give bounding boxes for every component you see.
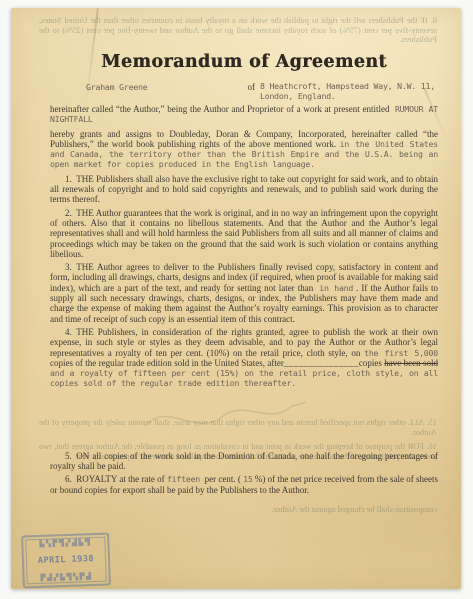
received-stamp: ▙▚▛▜▞▟▙▜ APRIL 1938 ▛▟▞▙▜▚▛▟ (21, 532, 111, 588)
print-text-segment: per cent. ( (200, 474, 243, 484)
contract-text: Memorandum of Agreement Graham Greene of… (50, 52, 438, 498)
typed-text-segment: and a royalty of fifteen per cent (15%) … (50, 368, 438, 388)
author-name: Graham Greene (86, 82, 147, 92)
intro-paragraph-1: hereinafter called “the Author,” being t… (50, 104, 438, 125)
clause-1: 1. THE Publishers shall also have the ex… (50, 174, 438, 205)
blank-text-segment: _______________ (284, 358, 359, 368)
intro-paragraph-2: hereby grants and assigns to Doubleday, … (50, 129, 438, 170)
paragraphs: hereinafter called “the Author,” being t… (50, 104, 438, 495)
print-text-segment: 6. ROYALTY at the rate of (65, 474, 167, 484)
clause-2: 2. THE Author guarantees that the work i… (50, 208, 438, 259)
document-title: Memorandum of Agreement (50, 52, 438, 72)
typed-text-segment: in hand (319, 283, 353, 293)
address-line-1: 8 Heathcroft, Hampstead Way, N.W. 11, (260, 81, 435, 91)
scanned-document-photo: 6. IF the Publishers sell the right to p… (0, 0, 473, 599)
bleedthrough-text: 6. IF the Publishers sell the right to p… (39, 16, 437, 45)
typed-text-segment: 15 (243, 474, 252, 484)
print-text-segment: hereinafter called “the Author,” being t… (50, 104, 395, 114)
stamp-illegible-bottom-marks: ▛▟▞▙▜▚▛▟ (40, 573, 92, 582)
bleedthrough-text: composition shall be charged against the… (39, 505, 437, 515)
strike-text-segment: have been sold (384, 358, 438, 368)
print-text-segment: 5. ON all copies of the work sold in the… (50, 451, 438, 471)
print-text-segment: copies (359, 358, 384, 368)
print-text-segment: copies of the regular trade edition sold… (50, 358, 284, 368)
author-address: 8 Heathcroft, Hampstead Way, N.W. 11,Lon… (260, 82, 435, 101)
clause-4: 4. THE Publishers, in consideration of t… (50, 327, 438, 389)
print-text-segment: 2. THE Author guarantees that the work i… (50, 208, 438, 259)
clause-3: 3. THE Author agrees to deliver to the P… (50, 262, 438, 324)
of-label: of (247, 82, 255, 92)
clause-6: 6. ROYALTY at the rate of fifteen per ce… (50, 474, 438, 495)
typed-text-segment: the first 5,000 (364, 348, 438, 358)
stamp-inner-border: ▙▚▛▜▞▟▙▜ APRIL 1938 ▛▟▞▙▜▚▛▟ (25, 537, 107, 585)
author-address-row: Graham Greene of 8 Heathcroft, Hampstead… (50, 82, 438, 101)
print-text-segment: 1. THE Publishers shall also have the ex… (50, 174, 438, 205)
clause-5: 5. ON all copies of the work sold in the… (50, 451, 438, 472)
typed-text-segment: fifteen (167, 474, 200, 484)
stamp-date: APRIL 1938 (38, 555, 94, 566)
paper-sheet: 6. IF the Publishers sell the right to p… (11, 8, 461, 589)
stamp-illegible-top-marks: ▙▚▛▜▞▟▙▜ (39, 539, 91, 548)
address-line-2: London, England. (260, 91, 336, 101)
